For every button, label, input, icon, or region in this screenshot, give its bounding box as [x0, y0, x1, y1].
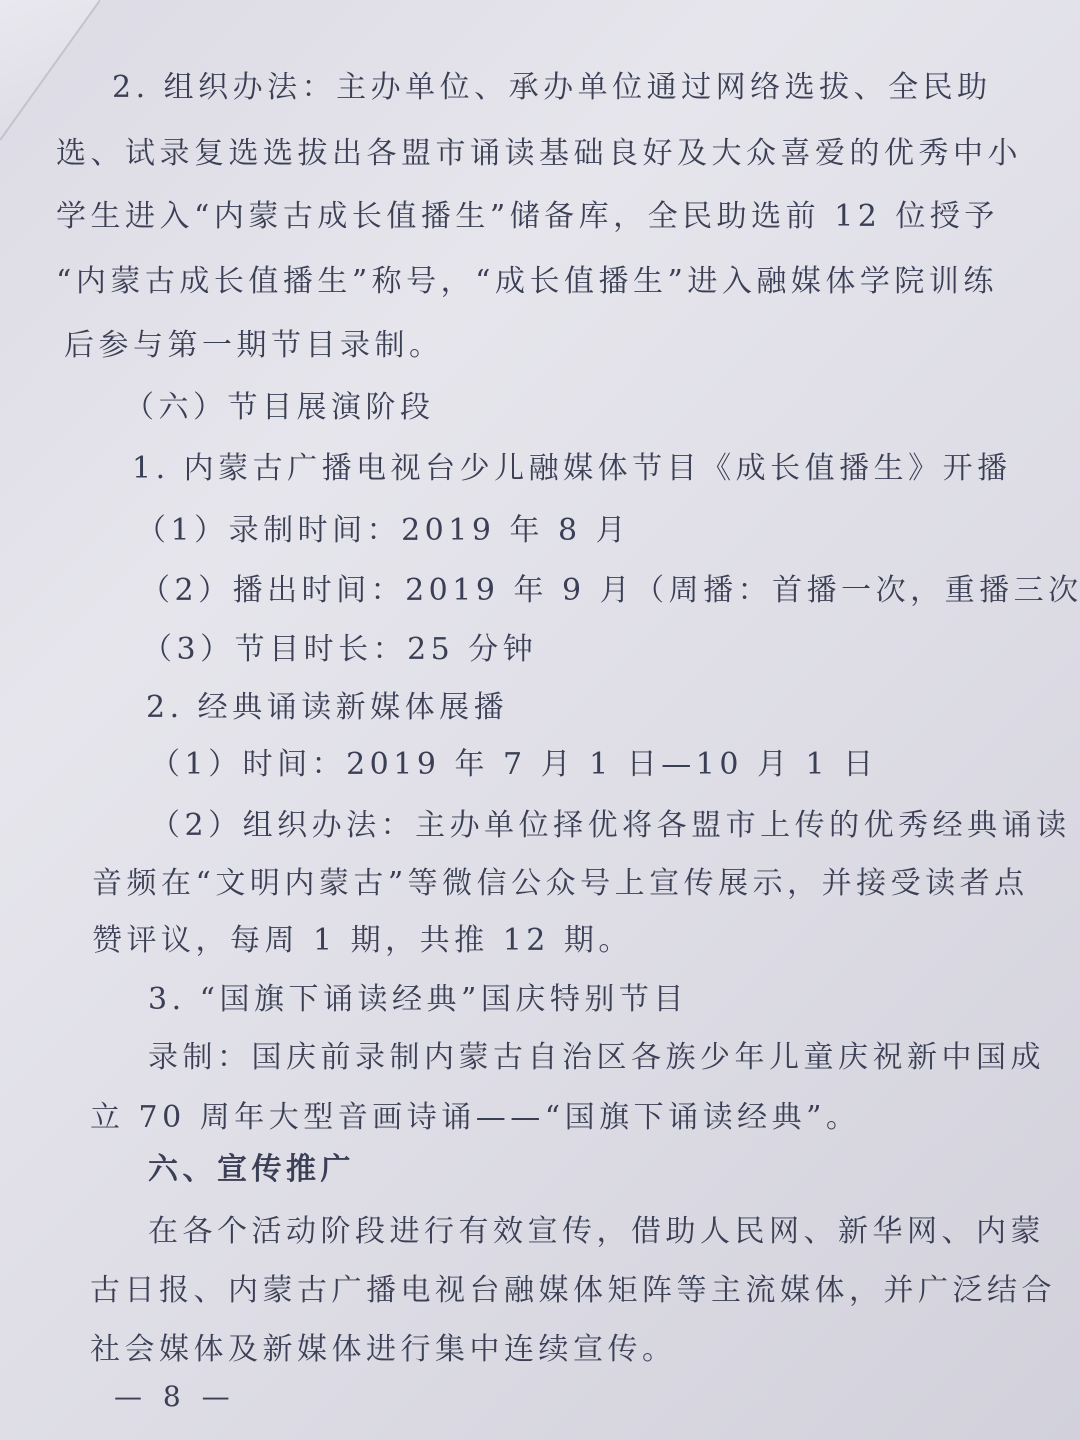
subsection-heading: 3. “国旗下诵读经典”国庆特别节目	[148, 980, 688, 1020]
paragraph-line: 后参与第一期节目录制。	[64, 326, 444, 366]
paragraph-line: 古日报、内蒙古广播电视台融媒体矩阵等主流媒体，并广泛结合	[90, 1271, 1056, 1311]
list-item: （1）时间：2019 年 7 月 1 日—10 月 1 日	[150, 745, 878, 785]
section-heading: 六、宣传推广	[148, 1150, 355, 1190]
paragraph-line: “内蒙古成长值播生”称号，“成长值播生”进入融媒体学院训练	[56, 262, 998, 302]
subsection-heading: 2. 经典诵读新媒体展播	[146, 688, 508, 728]
paragraph-line: 录制：国庆前录制内蒙古自治区各族少年儿童庆祝新中国成	[148, 1038, 1045, 1078]
paragraph-line: 选、试录复选选拔出各盟市诵读基础良好及大众喜爱的优秀中小	[56, 134, 1022, 174]
paragraph-line: 2. 组织办法：主办单位、承办单位通过网络选拔、全民助	[112, 68, 992, 108]
page-number: — 8 —	[114, 1380, 236, 1413]
section-heading: （六）节目展演阶段	[124, 388, 435, 428]
paper-corner-edge	[0, 0, 100, 140]
list-item: （2）组织办法：主办单位择优将各盟市上传的优秀经典诵读	[150, 806, 1071, 846]
list-item: （2）播出时间：2019 年 9 月（周播：首播一次，重播三次）	[140, 571, 1080, 611]
paragraph-line: 社会媒体及新媒体进行集中连续宣传。	[90, 1330, 677, 1370]
paragraph-line: 音频在“文明内蒙古”等微信公众号上宣传展示，并接受读者点	[92, 864, 1029, 904]
list-item: （1）录制时间：2019 年 8 月	[136, 511, 630, 551]
paragraph-line: 立 70 周年大型音画诗诵——“国旗下诵读经典”。	[90, 1098, 860, 1138]
list-item: （3）节目时长：25 分钟	[142, 630, 537, 670]
paragraph-line: 赞评议，每周 1 期，共推 12 期。	[92, 921, 633, 961]
subsection-heading: 1. 内蒙古广播电视台少儿融媒体节目《成长值播生》开播	[132, 449, 1012, 489]
paragraph-line: 在各个活动阶段进行有效宣传，借助人民网、新华网、内蒙	[148, 1212, 1045, 1252]
paragraph-line: 学生进入“内蒙古成长值播生”储备库，全民助选前 12 位授予	[56, 197, 999, 237]
